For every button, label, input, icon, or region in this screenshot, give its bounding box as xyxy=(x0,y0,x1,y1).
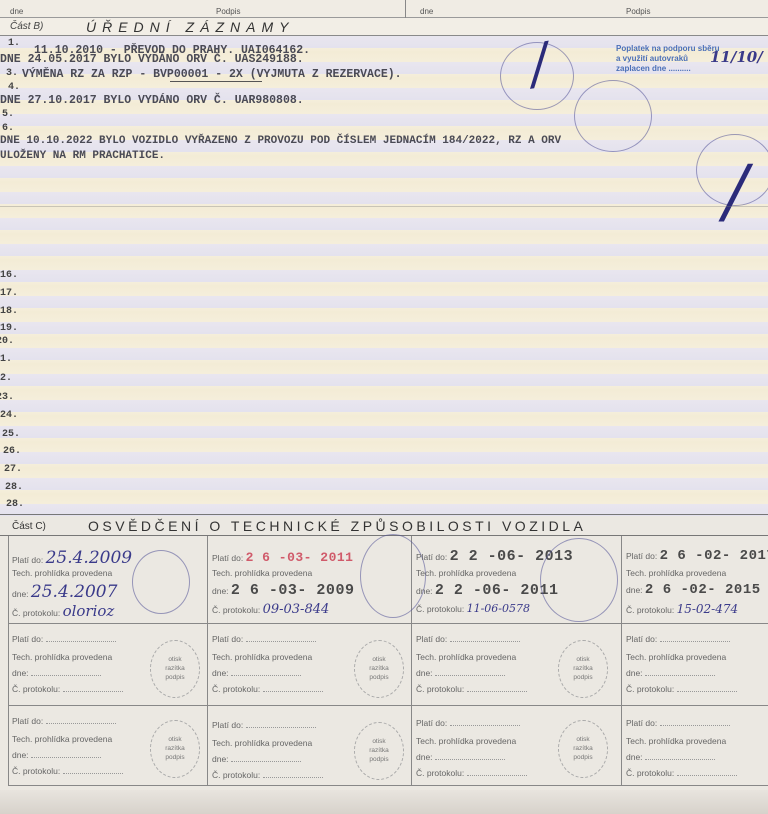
valid-until-field xyxy=(46,716,116,724)
line-number: 28. xyxy=(5,482,23,493)
section-b-title: ÚŘEDNÍ ZÁZNAMY xyxy=(86,19,294,35)
line-number: 22. xyxy=(0,373,12,384)
inspection-date-field xyxy=(231,754,301,762)
plati-do-label: Platí do: xyxy=(12,634,43,644)
valid-until-field xyxy=(660,718,730,726)
plati-do-label: Platí do: xyxy=(212,720,243,730)
divider xyxy=(405,0,406,18)
protocol-label: Č. protokolu: xyxy=(626,684,674,694)
record-text: VÝMĚNA RZ ZA RZP - BVP00001 - 2X (VYJMUT… xyxy=(22,68,402,81)
section-c-header: Část C) OSVĚDČENÍ O TECHNICKÉ ZPŮSOBILOS… xyxy=(0,516,768,536)
line-number: 18. xyxy=(0,306,18,317)
plati-do-label: Platí do: xyxy=(12,716,43,726)
record-number: 4. xyxy=(8,82,20,93)
inspection-date-value: 2 6 -02- 2015 xyxy=(645,582,761,598)
tech-inspection-label: Tech. prohlídka provedena xyxy=(212,568,312,578)
fold-line xyxy=(0,206,768,207)
dne-label: dne: xyxy=(416,586,433,596)
office-stamp xyxy=(132,550,190,614)
section-c: Část C) OSVĚDČENÍ O TECHNICKÉ ZPŮSOBILOS… xyxy=(0,516,768,814)
inspection-date-field xyxy=(231,668,301,676)
record-number: 3. xyxy=(6,68,18,79)
record-text: DNE 24.05.2017 BYLO VYDÁNO ORV Č. UAS249… xyxy=(0,53,304,66)
protocol-label: Č. protokolu: xyxy=(12,608,60,618)
dne-label: dne: xyxy=(416,668,433,678)
valid-until-field xyxy=(660,634,730,642)
inspection-cell-empty: Platí do: Tech. prohlídka provedena dne:… xyxy=(412,624,622,706)
plati-do-label: Platí do: xyxy=(212,634,243,644)
protocol-number-value: 09-03-844 xyxy=(263,602,330,617)
plati-do-label: Platí do: xyxy=(416,634,447,644)
protocol-number-field xyxy=(263,684,323,692)
dne-label: dne xyxy=(420,7,433,16)
inspection-date-value: 2 6 -03- 2009 xyxy=(231,582,355,599)
inspection-cell-empty: Platí do: Tech. prohlídka provedena dne:… xyxy=(622,706,768,786)
protocol-label: Č. protokolu: xyxy=(626,605,674,615)
inspection-date-field xyxy=(645,752,715,760)
tech-inspection-label: Tech. prohlídka provedena xyxy=(212,652,312,662)
inspection-cell-empty: Platí do: Tech. prohlídka provedena dne:… xyxy=(208,624,412,706)
tech-inspection-label: Tech. prohlídka provedena xyxy=(12,652,112,662)
dne-label: dne: xyxy=(416,752,433,762)
inspection-grid: Platí do: 25.4.2009 Tech. prohlídka prov… xyxy=(8,536,768,784)
dne-label: dne: xyxy=(626,752,643,762)
line-number: 24. xyxy=(0,410,18,421)
record-number: 5. xyxy=(2,109,14,120)
inspection-cell-empty: Platí do: Tech. prohlídka provedena dne:… xyxy=(8,624,208,706)
protocol-number-value: 15-02-474 xyxy=(677,602,739,616)
protocol-label: Č. protokolu: xyxy=(416,684,464,694)
inspection-cell-empty: Platí do: Tech. prohlídka provedena dne:… xyxy=(208,706,412,786)
tech-inspection-label: Tech. prohlídka provedena xyxy=(12,734,112,744)
line-number: 17. xyxy=(0,288,18,299)
inspection-date-field xyxy=(31,668,101,676)
dne-label: dne: xyxy=(12,750,29,760)
tech-inspection-label: Tech. prohlídka provedena xyxy=(626,736,726,746)
line-number: 27. xyxy=(4,464,22,475)
valid-until-field xyxy=(246,720,316,728)
line-number: 25. xyxy=(2,429,20,440)
record-number: 6. xyxy=(2,123,14,134)
stamp-placeholder: otiskrazítkapodpis xyxy=(354,640,404,698)
plati-do-label: Platí do: xyxy=(416,552,447,562)
valid-until-field xyxy=(450,634,520,642)
stamp-placeholder: otiskrazítkapodpis xyxy=(150,720,200,778)
tech-inspection-label: Tech. prohlídka provedena xyxy=(626,568,726,578)
fee-paid-date: 11/10/ xyxy=(710,52,763,62)
inspection-cell-empty: Platí do: Tech. prohlídka provedena dne:… xyxy=(622,624,768,706)
inspection-cell: Platí do: 2 6 -02- 2017 Tech. prohlídka … xyxy=(622,536,768,624)
record-text: DNE 27.10.2017 BYLO VYDÁNO ORV Č. UAR980… xyxy=(0,94,304,107)
valid-until-field xyxy=(46,634,116,642)
protocol-number-field xyxy=(677,684,737,692)
dne-label: dne: xyxy=(212,668,229,678)
tech-inspection-label: Tech. prohlídka provedena xyxy=(416,568,516,578)
section-b-part-label: Část B) xyxy=(10,21,43,32)
section-c-part-label: Část C) xyxy=(12,521,46,532)
dne-label: dne: xyxy=(626,585,643,595)
plati-do-label: Platí do: xyxy=(626,634,657,644)
protocol-label: Č. protokolu: xyxy=(12,766,60,776)
line-number: 20. xyxy=(0,336,14,347)
inspection-date-field xyxy=(435,668,505,676)
underline xyxy=(170,81,262,82)
dne-label: dne: xyxy=(626,668,643,678)
valid-until-value: 25.4.2009 xyxy=(46,548,133,568)
protocol-number-value: olorioz xyxy=(63,602,115,620)
plati-do-label: Platí do: xyxy=(626,551,657,561)
record-text: DNE 10.10.2022 BYLO VOZIDLO VYŘAZENO Z P… xyxy=(0,135,561,147)
inspection-cell: Platí do: 2 6 -03- 2011 Tech. prohlídka … xyxy=(208,536,412,624)
protocol-label: Č. protokolu: xyxy=(12,684,60,694)
stamp-placeholder: otiskrazítkapodpis xyxy=(558,640,608,698)
protocol-number-value: 11-06-0578 xyxy=(467,602,530,615)
section-divider xyxy=(0,514,768,515)
grid-left-border xyxy=(8,536,9,786)
dne-label: dne: xyxy=(212,754,229,764)
line-number: 23. xyxy=(0,392,14,403)
protocol-label: Č. protokolu: xyxy=(212,770,260,780)
line-number: 26. xyxy=(3,446,21,457)
inspection-date-field xyxy=(31,750,101,758)
line-number: 19. xyxy=(0,323,18,334)
valid-until-field xyxy=(246,634,316,642)
inspection-cell-empty: Platí do: Tech. prohlídka provedena dne:… xyxy=(8,706,208,786)
previous-section-footer: dne Podpis dne Podpis xyxy=(0,0,768,18)
tech-inspection-label: Tech. prohlídka provedena xyxy=(416,736,516,746)
stamp-placeholder: otiskrazítkapodpis xyxy=(354,722,404,780)
protocol-number-field xyxy=(467,768,527,776)
plati-do-label: Platí do: xyxy=(626,718,657,728)
plati-do-label: Platí do: xyxy=(12,555,43,565)
stamp-placeholder: otiskrazítkapodpis xyxy=(150,640,200,698)
dne-label: dne xyxy=(10,7,23,16)
protocol-label: Č. protokolu: xyxy=(626,768,674,778)
record-number: 1. xyxy=(8,38,20,49)
valid-until-field xyxy=(450,718,520,726)
line-number: 16. xyxy=(0,270,18,281)
plati-do-label: Platí do: xyxy=(416,718,447,728)
section-c-title: OSVĚDČENÍ O TECHNICKÉ ZPŮSOBILOSTI VOZID… xyxy=(88,518,586,534)
protocol-number-field xyxy=(63,766,123,774)
protocol-number-field xyxy=(677,768,737,776)
record-text: ULOŽENY NA RM PRACHATICE. xyxy=(0,150,165,162)
page-bottom-edge xyxy=(0,790,768,814)
dne-label: dne: xyxy=(212,586,229,596)
protocol-number-field xyxy=(467,684,527,692)
protocol-label: Č. protokolu: xyxy=(212,684,260,694)
tech-inspection-label: Tech. prohlídka provedena xyxy=(626,652,726,662)
line-number: 21. xyxy=(0,354,12,365)
fee-note: Poplatek na podporu sběru a využití auto… xyxy=(616,44,766,74)
plati-do-label: Platí do: xyxy=(212,553,243,563)
protocol-number-field xyxy=(263,770,323,778)
inspection-cell: Platí do: 2 2 -06- 2013 Tech. prohlídka … xyxy=(412,536,622,624)
stamp-placeholder: otiskrazítkapodpis xyxy=(558,720,608,778)
tech-inspection-label: Tech. prohlídka provedena xyxy=(212,738,312,748)
signature: / xyxy=(724,150,748,232)
valid-until-value: 2 6 -02- 2017 xyxy=(660,548,768,564)
dne-label: dne: xyxy=(12,668,29,678)
inspection-date-value: 25.4.2007 xyxy=(31,582,118,602)
inspection-date-field xyxy=(645,668,715,676)
valid-until-value: 2 6 -03- 2011 xyxy=(246,550,354,565)
dne-label: dne: xyxy=(12,589,29,599)
stk-stamp-mirotice xyxy=(540,538,618,622)
protocol-label: Č. protokolu: xyxy=(212,605,260,615)
section-b-header: Část B) ÚŘEDNÍ ZÁZNAMY xyxy=(0,18,768,36)
line-number: 28. xyxy=(6,499,24,510)
podpis-label: Podpis xyxy=(216,7,240,16)
inspection-cell-empty: Platí do: Tech. prohlídka provedena dne:… xyxy=(412,706,622,786)
praha-stamp-2 xyxy=(574,80,652,152)
tech-inspection-label: Tech. prohlídka provedena xyxy=(12,568,112,578)
podpis-label: Podpis xyxy=(626,7,650,16)
inspection-cell: Platí do: 25.4.2009 Tech. prohlídka prov… xyxy=(8,536,208,624)
protocol-label: Č. protokolu: xyxy=(416,768,464,778)
inspection-date-field xyxy=(435,752,505,760)
protocol-label: Č. protokolu: xyxy=(416,604,464,614)
tech-inspection-label: Tech. prohlídka provedena xyxy=(416,652,516,662)
protocol-number-field xyxy=(63,684,123,692)
